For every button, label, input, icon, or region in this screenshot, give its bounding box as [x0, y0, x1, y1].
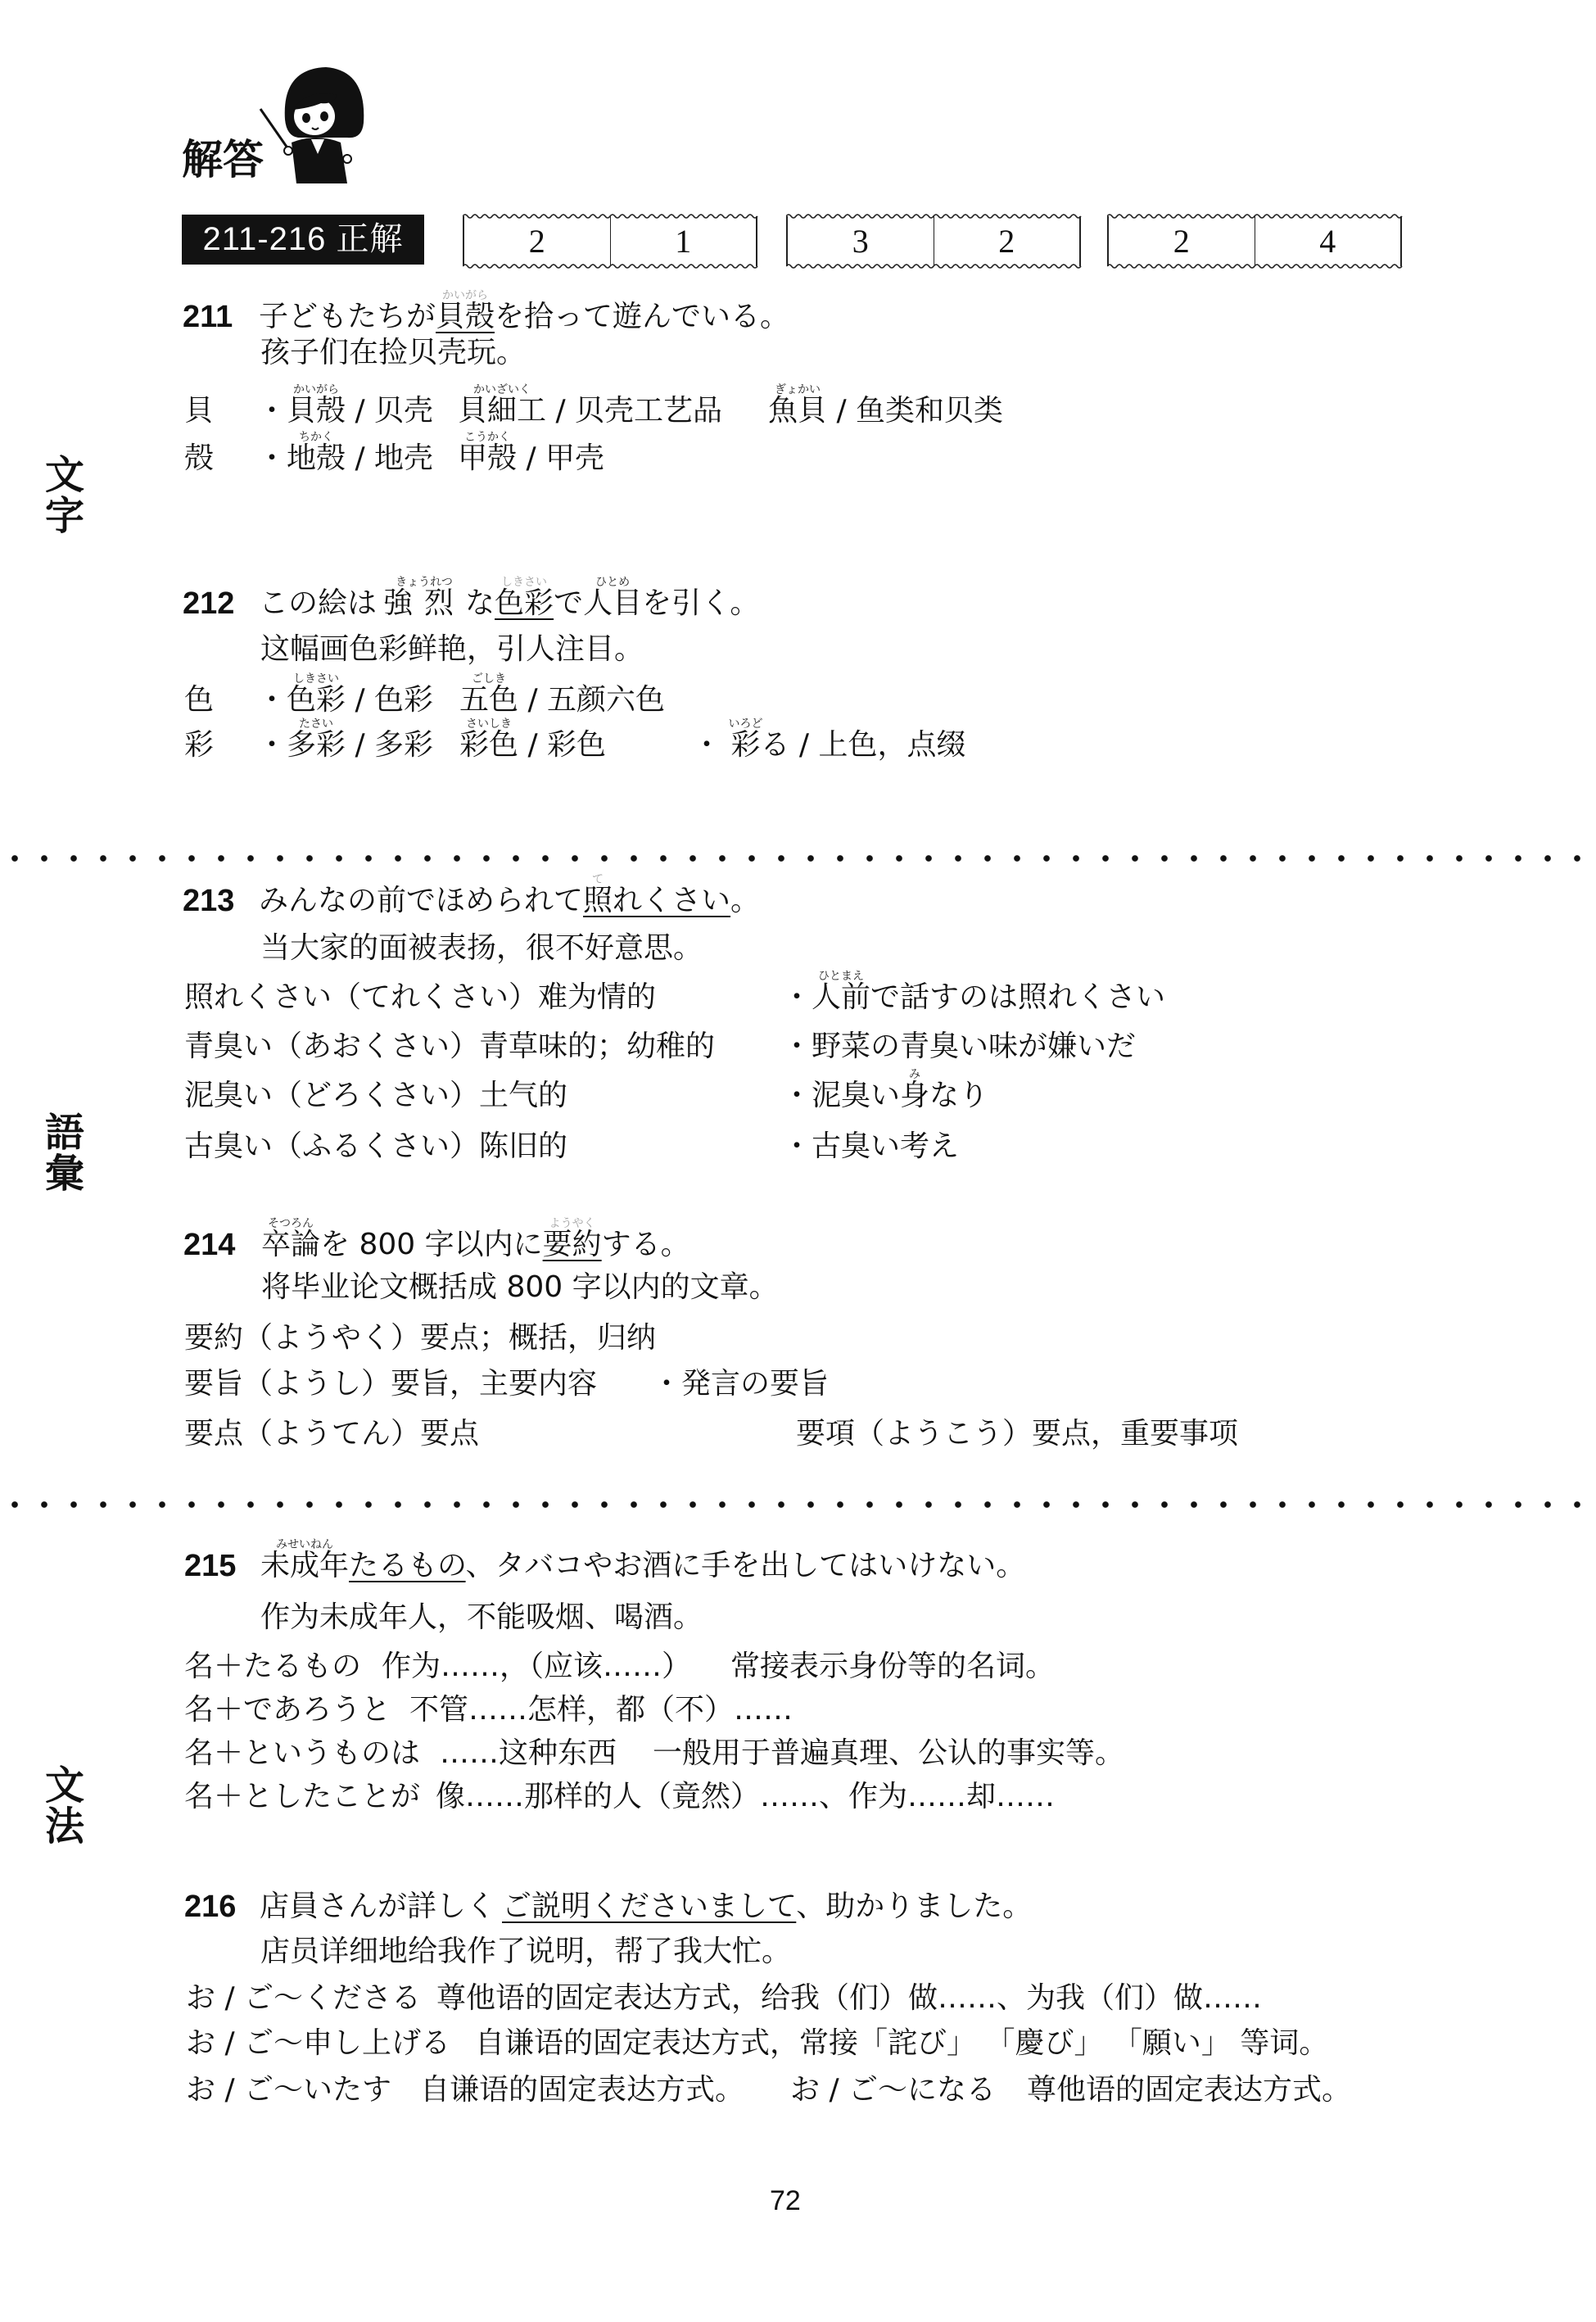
- kanji-note-item: ・しきさい色彩 / 色彩: [257, 684, 433, 717]
- sentence-text: 、助かりました。: [796, 1890, 1032, 1923]
- vocab-entry: 要約（ようやく）要点；概括，归纳: [184, 1322, 656, 1355]
- grammar-meaning: 自谦语的固定表达方式，常接「詫び」 「慶び」 「願い」 等词。: [475, 2027, 1328, 2060]
- furigana: て: [558, 874, 637, 885]
- ruby-word: しきさい色彩: [495, 587, 554, 620]
- vocab-entry: 照れくさい（てれくさい）难为情的: [184, 981, 656, 1014]
- ruby-word: ひとまえ人前: [812, 981, 870, 1014]
- example-text: ・野菜の青臭い味が嫌いだ: [782, 1030, 1136, 1063]
- grammar-note: 一般用于普遍真理、公认的事实等。: [653, 1737, 1124, 1770]
- target-word: ご説明くださいまして: [502, 1890, 796, 1923]
- grammar-pattern: 名＋であろうと: [184, 1694, 391, 1727]
- question-sentence: この絵はきょうれつ強烈なしきさい色彩でひとめ人目を引く。: [259, 587, 759, 620]
- word: 貝殻: [287, 394, 346, 428]
- ruby-word: ひとめ人目: [583, 587, 642, 620]
- furigana: そつろん: [237, 1218, 345, 1229]
- target-word: れくさい: [613, 884, 730, 917]
- word: 地殻: [287, 441, 346, 475]
- translation: 当大家的面被表扬，很不好意思。: [260, 932, 703, 965]
- kanji-note-item: かいざいく貝細工 / 贝壳工艺品: [458, 395, 722, 428]
- ruby-word: かいざいく貝細工: [458, 395, 546, 428]
- kanji-label: 彩: [184, 729, 214, 762]
- target-word: 色彩: [495, 586, 554, 620]
- kanji-note-item: ・ いろど彩る / 上色，点缀: [692, 729, 966, 762]
- sentence-text: で: [554, 586, 583, 620]
- meaning: / 贝壳: [346, 394, 433, 428]
- question-sentence: みんなの前でほめられてて照れくさい。: [259, 885, 760, 917]
- furigana: みせいねん: [236, 1539, 373, 1550]
- question-number: 215: [184, 1550, 236, 1582]
- side-label-char: 語: [43, 1112, 86, 1153]
- target-word: たるもの: [349, 1549, 466, 1582]
- sentence-text: する。: [602, 1228, 690, 1261]
- target-word: 貝殻: [436, 300, 495, 333]
- page-number: 72: [770, 2185, 801, 2216]
- side-label-char: 法: [43, 1806, 86, 1847]
- bullet: ・: [782, 980, 812, 1014]
- grammar-pattern: お / ご～くださる: [186, 1982, 421, 2015]
- grammar-meaning: 尊他语的固定表达方式。: [1027, 2074, 1351, 2107]
- side-label-char: 彙: [43, 1153, 86, 1194]
- furigana: かいがら: [411, 290, 519, 301]
- vocab-entry: 要点（ようてん）要点: [184, 1418, 479, 1451]
- word: 強烈: [383, 586, 465, 620]
- wavy-border: [1107, 212, 1404, 220]
- question-number: 212: [183, 587, 234, 620]
- page-title: 解答: [182, 135, 264, 184]
- wavy-border: [786, 262, 1083, 270]
- answer-214: 2: [934, 216, 1080, 266]
- answer-range-label: 211-216 正解: [182, 215, 424, 265]
- meaning: / 甲壳: [517, 441, 604, 475]
- question-sentence: 子どもたちがかいがら貝殻を拾って遊んでいる。: [259, 301, 789, 333]
- bullet: ・: [257, 728, 287, 762]
- sentence-text: 店員さんが詳しく: [260, 1890, 495, 1923]
- translation: 孩子们在捡贝壳玩。: [260, 337, 526, 369]
- ruby-word: かいがら貝殻: [436, 301, 495, 333]
- answer-box-1: 2 1: [463, 216, 757, 266]
- grammar-meaning: 作为……，（应该……）: [382, 1650, 691, 1683]
- translation: 店员详细地给我作了说明，帮了我大忙。: [260, 1935, 791, 1968]
- sentence-text: 、タバコやお酒に手を出してはいけない。: [466, 1549, 1026, 1582]
- grammar-meaning: 不管……怎样，都（不）……: [409, 1694, 793, 1727]
- vocab-example: ・野菜の青臭い味が嫌いだ: [782, 1030, 1136, 1063]
- kanji-note-item: ・かいがら貝殻 / 贝壳: [257, 395, 433, 428]
- meaning: / 贝壳工艺品: [546, 394, 722, 428]
- sentence-text: この絵は: [259, 586, 377, 620]
- target-word: 照: [583, 884, 613, 917]
- question-sentence: みせいねん未成年たるもの、タバコやお酒に手を出してはいけない。: [260, 1550, 1025, 1582]
- ruby-word: ごしき五色: [459, 684, 518, 717]
- side-label-bunpo: 文 法: [43, 1765, 86, 1847]
- side-label-char: 文: [43, 1765, 86, 1806]
- answer-215: 2: [1109, 216, 1255, 266]
- sentence-text: みんなの前でほめられて: [259, 884, 583, 917]
- answer-box-2: 3 2: [786, 216, 1081, 266]
- kanji-label: 殻: [184, 442, 214, 475]
- furigana: ようやく: [518, 1218, 626, 1229]
- sentence-text: を引く。: [642, 586, 759, 620]
- ruby-word: み身: [900, 1080, 929, 1112]
- vocab-entry: 古臭い（ふるくさい）陈旧的: [184, 1130, 567, 1163]
- sentence-text: 子どもたちが: [259, 300, 436, 333]
- meaning: / 地壳: [346, 441, 433, 475]
- word: 甲殻: [458, 441, 517, 475]
- grammar-note: 常接表示身份等的名词。: [730, 1650, 1055, 1683]
- bullet: ・: [257, 441, 287, 475]
- ruby-word: ちかく地殻: [287, 442, 346, 475]
- target-word: 要約: [543, 1228, 602, 1261]
- example-text: で話すのは照れくさい: [870, 980, 1165, 1014]
- grammar-meaning: 自谦语的固定表达方式。: [420, 2074, 744, 2107]
- meaning: / 多彩: [346, 728, 433, 762]
- word: 未成年: [260, 1549, 349, 1582]
- question-number: 213: [183, 885, 234, 917]
- meaning: / 彩色: [518, 728, 606, 762]
- grammar-pattern: 名＋というものは: [184, 1737, 420, 1770]
- word: 色彩: [287, 683, 346, 717]
- ruby-word: しきさい色彩: [287, 684, 346, 717]
- bullet: ・: [257, 394, 287, 428]
- ruby-word: こうかく甲殻: [458, 442, 517, 475]
- kanji-note-item: こうかく甲殻 / 甲壳: [458, 442, 604, 475]
- example-text: ・泥臭い: [782, 1079, 900, 1112]
- furigana: さいしき: [435, 718, 543, 730]
- ruby-word: て照: [583, 885, 613, 917]
- question-number: 214: [183, 1229, 235, 1261]
- ruby-word: ようやく要約: [543, 1229, 602, 1261]
- meaning: / 鱼类和贝类: [827, 394, 1003, 428]
- grammar-pattern: 名＋たるもの: [184, 1650, 361, 1683]
- wavy-border: [463, 262, 759, 270]
- ruby-word: いろど彩: [730, 729, 760, 762]
- bullet: ・: [692, 728, 730, 762]
- vocab-entry: 青臭い（あおくさい）青草味的；幼稚的: [184, 1030, 715, 1063]
- word: 人目: [583, 586, 642, 620]
- kanji-note-item: ごしき五色 / 五颜六色: [459, 684, 665, 717]
- answer-213: 3: [788, 216, 934, 266]
- wavy-border: [1107, 262, 1404, 270]
- ruby-word: かいがら貝殻: [287, 395, 346, 428]
- wavy-border: [786, 212, 1083, 220]
- question-number: 211: [183, 301, 233, 333]
- question-sentence: 店員さんが詳しくご説明くださいまして、助かりました。: [260, 1890, 1032, 1923]
- teacher-mascot-icon: [255, 64, 370, 187]
- vocab-example: ・発言の要旨: [652, 1368, 829, 1401]
- word: 多彩: [287, 728, 346, 762]
- vocab-entry: 要旨（ようし）要旨，主要内容: [184, 1368, 597, 1401]
- question-number: 216: [184, 1890, 236, 1923]
- kanji-note-item: さいしき彩色 / 彩色: [459, 729, 606, 762]
- side-label-goi: 語 彙: [43, 1112, 86, 1194]
- vocab-entry: 泥臭い（どろくさい）土气的: [184, 1080, 567, 1112]
- word: 貝細工: [458, 394, 546, 428]
- meaning: る / 上色，点缀: [760, 728, 965, 762]
- furigana: かいざいく: [433, 384, 571, 396]
- bullet: ・: [257, 683, 287, 717]
- example-text: ・古臭い考え: [782, 1129, 959, 1163]
- grammar-pattern: お / ご～申し上げる: [186, 2027, 450, 2060]
- word: 彩: [730, 728, 760, 762]
- ruby-word: さいしき彩色: [459, 729, 518, 762]
- sentence-text: 。: [730, 884, 760, 917]
- sentence-text: な: [465, 586, 495, 620]
- question-sentence: そつろん卒論を 800 字以内にようやく要約する。: [261, 1229, 690, 1261]
- ruby-word: ぎょかい魚貝: [768, 395, 827, 428]
- furigana: ぎょかい: [744, 384, 852, 396]
- translation: 将毕业论文概括成 800 字以内的文章。: [261, 1271, 779, 1304]
- section-divider: [0, 1499, 1596, 1510]
- grammar-meaning: 尊他语的固定表达方式，给我（们）做……、为我（们）做……: [436, 1982, 1262, 2015]
- kanji-note-item: ・たさい多彩 / 多彩: [257, 729, 433, 762]
- answer-216: 4: [1255, 216, 1401, 266]
- grammar-meaning: ……这种东西: [440, 1737, 617, 1770]
- furigana: ひとめ: [558, 577, 667, 588]
- vocab-example: ・ひとまえ人前で話すのは照れくさい: [782, 981, 1165, 1014]
- word: 五色: [459, 683, 518, 717]
- translation: 作为未成年人，不能吸烟、喝酒。: [260, 1601, 703, 1634]
- side-label-char: 字: [43, 496, 86, 536]
- furigana: しきさい: [262, 673, 370, 685]
- furigana: かいがら: [262, 384, 370, 396]
- side-label-moji: 文 字: [43, 455, 86, 536]
- answer-211: 2: [464, 216, 610, 266]
- example-text: なり: [929, 1079, 988, 1112]
- word: 魚貝: [768, 394, 827, 428]
- word: 彩色: [459, 728, 518, 762]
- translation: 这幅画色彩鲜艳，引人注目。: [260, 633, 644, 666]
- kanji-label: 色: [184, 684, 214, 717]
- meaning: / 五颜六色: [518, 683, 665, 717]
- answer-box-3: 2 4: [1107, 216, 1402, 266]
- furigana: み: [875, 1069, 954, 1080]
- grammar-meaning: 像……那样的人（竟然）……、作为……却……: [436, 1781, 1055, 1813]
- section-divider: [0, 853, 1596, 864]
- furigana: いろど: [706, 718, 784, 730]
- side-label-char: 文: [43, 455, 86, 496]
- furigana: ちかく: [262, 432, 370, 443]
- grammar-pattern: お / ご～になる: [790, 2074, 996, 2107]
- ruby-word: きょうれつ強烈: [383, 587, 465, 620]
- furigana: たさい: [262, 718, 370, 730]
- furigana: ごしき: [435, 673, 543, 685]
- word: 卒論: [261, 1228, 320, 1261]
- sentence-text: を拾って遊んでいる。: [495, 300, 789, 333]
- vocab-example: ・泥臭いみ身なり: [782, 1080, 988, 1112]
- vocab-entry: 要項（ようこう）要点，重要事项: [796, 1418, 1238, 1451]
- wavy-border: [463, 212, 759, 220]
- word: 人前: [812, 980, 870, 1014]
- kanji-note-item: ぎょかい魚貝 / 鱼类和贝类: [768, 395, 1003, 428]
- ruby-word: そつろん卒論: [261, 1229, 320, 1261]
- meaning: / 色彩: [346, 683, 433, 717]
- ruby-word: たさい多彩: [287, 729, 346, 762]
- kanji-label: 貝: [184, 395, 214, 428]
- answer-212: 1: [611, 216, 757, 266]
- sentence-text: を 800 字以内に: [320, 1228, 543, 1261]
- kanji-note-item: ・ちかく地殻 / 地壳: [257, 442, 433, 475]
- ruby-word: みせいねん未成年: [260, 1550, 349, 1582]
- grammar-pattern: お / ご～いたす: [186, 2074, 391, 2107]
- word: 身: [900, 1079, 929, 1112]
- furigana: こうかく: [433, 432, 541, 443]
- vocab-example: ・古臭い考え: [782, 1130, 959, 1163]
- furigana: ひとまえ: [787, 971, 895, 982]
- grammar-pattern: 名＋としたことが: [184, 1781, 420, 1813]
